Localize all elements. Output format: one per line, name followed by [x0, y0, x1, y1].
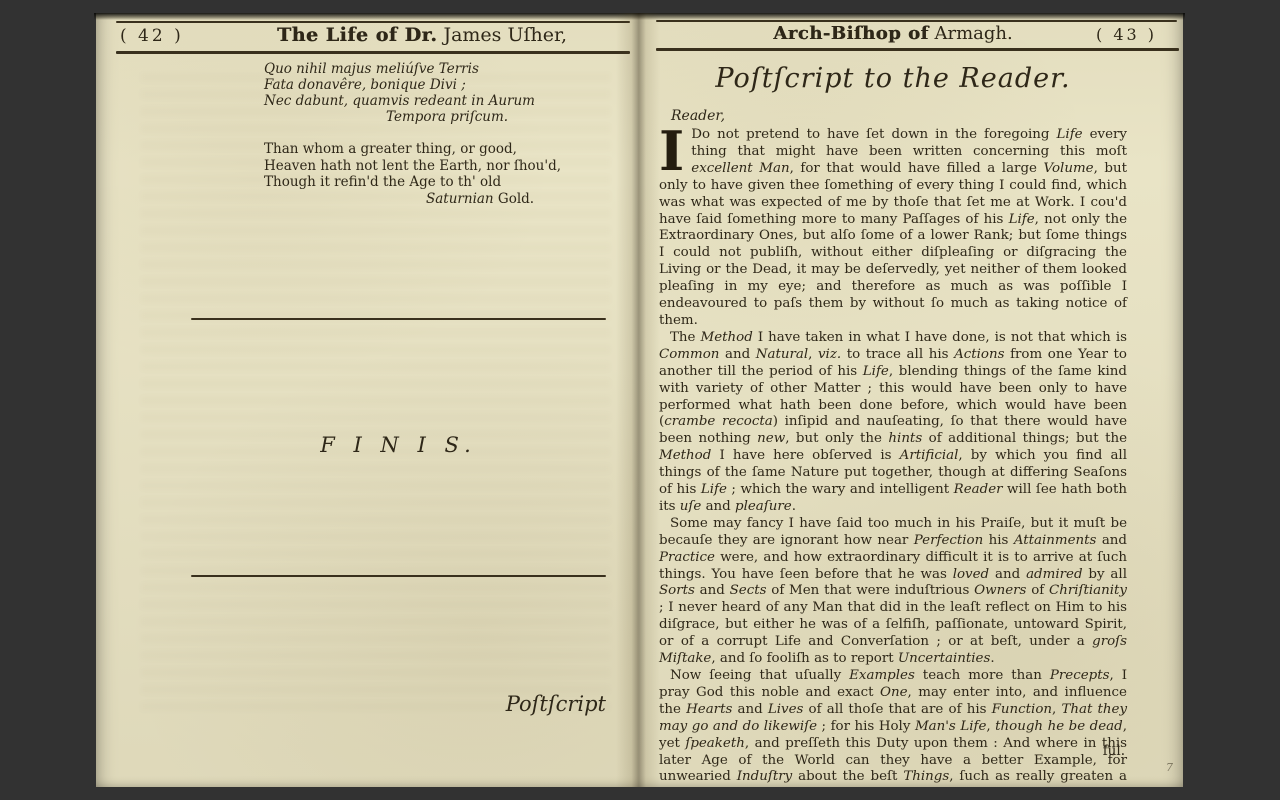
salutation: Reader, — [671, 108, 1127, 124]
english-verse: Than whom a greater thing, or good, Heav… — [264, 141, 561, 207]
finis-text: F I N I S. — [191, 433, 606, 457]
divider-rule — [191, 318, 606, 320]
header-rule-top-left — [116, 21, 630, 23]
latin-verse-line: Fata donavêre, bonique Divi ; — [264, 77, 535, 93]
page-number-left: ( 42 ) — [120, 26, 184, 46]
running-title-roman: Armagh. — [929, 23, 1013, 44]
divider-rule — [191, 575, 606, 577]
english-verse-line: Heaven hath not lent the Earth, nor ſhou… — [264, 158, 561, 175]
header-rule-bottom-left — [116, 51, 630, 54]
latin-verse-line: Quo nihil majus meliúſve Terris — [264, 61, 535, 77]
page-right: Arch-Biſhop of Armagh. ( 43 ) Poſtſcript… — [638, 13, 1183, 787]
paragraph-text: Do not pretend to have ſet down in the f… — [659, 127, 1127, 328]
running-title-right: Arch-Biſhop of Armagh. — [698, 23, 1088, 44]
english-verse-line: Saturnian Gold. — [426, 191, 561, 208]
drop-cap: I — [659, 127, 691, 173]
running-title-left: The Life of Dr. James Uſher, — [226, 24, 618, 46]
paragraph: Some may fancy I have ſaid too much in h… — [659, 516, 1127, 668]
viewer-backdrop: ( 42 ) The Life of Dr. James Uſher, Quo … — [0, 0, 1280, 800]
paragraph: The Method I have taken in what I have d… — [659, 330, 1127, 516]
corner-mark: 7 — [1166, 761, 1173, 774]
running-title-blackletter: Arch-Biſhop of — [773, 23, 928, 44]
scan-top-edge — [94, 13, 1185, 20]
book-spread: ( 42 ) The Life of Dr. James Uſher, Quo … — [96, 13, 1183, 787]
page-left: ( 42 ) The Life of Dr. James Uſher, Quo … — [96, 13, 638, 787]
header-rule-bottom-right — [656, 48, 1179, 51]
catchword-right: ful. — [1103, 743, 1125, 759]
latin-verse-line: Nec dabunt, quamvis redeant in Aurum — [264, 93, 535, 109]
postscript-title: Poſtſcript to the Reader. — [659, 63, 1127, 94]
paragraph: IDo not pretend to have ſet down in the … — [659, 127, 1127, 330]
latin-verse: Quo nihil majus meliúſve Terris Fata don… — [264, 61, 535, 125]
header-rule-top-right — [656, 20, 1177, 22]
page-number-right: ( 43 ) — [1096, 25, 1157, 44]
running-title-roman: James Uſher, — [437, 24, 567, 46]
catchword-left: Poſtſcript — [506, 692, 606, 716]
english-verse-line: Though it refin'd the Age to th' old — [264, 174, 561, 191]
running-title-blackletter: The Life of Dr. — [277, 24, 437, 46]
text-column: Poſtſcript to the Reader. Reader, IDo no… — [659, 63, 1127, 787]
english-verse-line: Than whom a greater thing, or good, — [264, 141, 561, 158]
latin-verse-line: Tempora priſcum. — [386, 109, 535, 125]
paragraph: Now ſeeing that uſually Examples teach m… — [659, 668, 1127, 787]
